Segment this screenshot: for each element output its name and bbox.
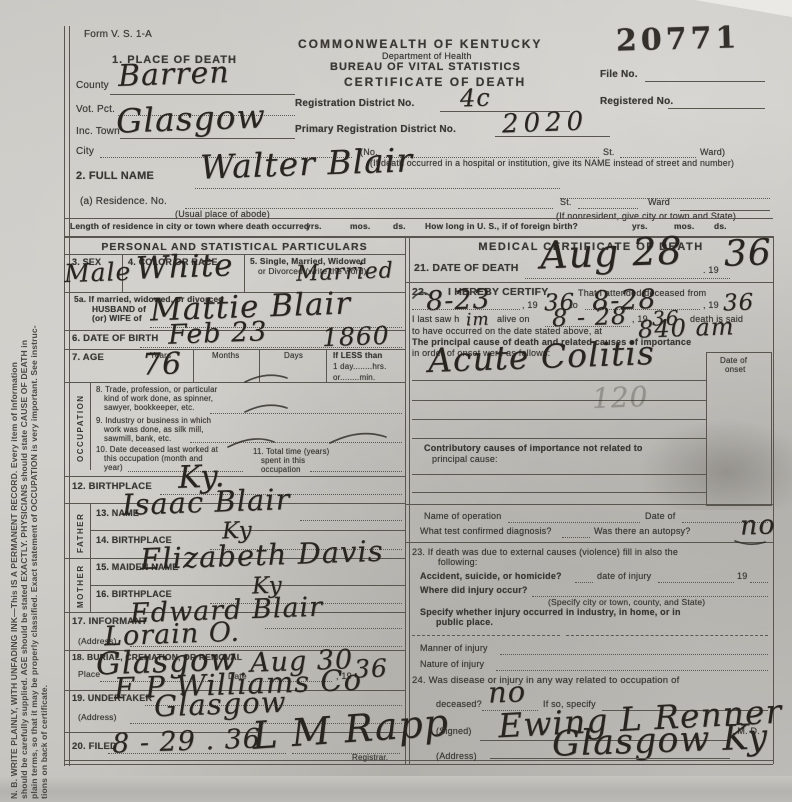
marital-value: Married: [296, 260, 395, 285]
inc-town-value: Glasgow: [115, 99, 266, 137]
occ8-label-3: sawyer, bookkeeper, etc.: [104, 404, 195, 412]
color-marital-divider: [244, 254, 245, 292]
cause-line-4: [412, 438, 706, 439]
date-of-onset-label-2: onset: [725, 366, 746, 374]
mother-side-label: MOTHER: [76, 564, 85, 608]
margin-note-line-2: should be carefully supplied. AGE should…: [19, 340, 29, 799]
injury-date-line: [658, 582, 734, 583]
margin-note-line-1: N. B. WRITE PLAINLY, WITH UNFADING INK—T…: [9, 362, 19, 799]
father-name-value: Isaac Blair: [122, 485, 291, 520]
age-value: 76: [141, 349, 182, 380]
specify-dashed-line-2: [566, 635, 768, 636]
full-name-line-1: [195, 188, 560, 189]
where-injury-label: Where did injury occur?: [420, 586, 528, 595]
dod-divider: [405, 282, 773, 283]
occ9-line: [190, 442, 402, 443]
item24-label: 24. Was disease or injury in any way rel…: [412, 676, 679, 686]
filed-label: 20. FILED: [72, 742, 117, 752]
city-ward-label: Ward): [700, 148, 725, 157]
color-value: White: [135, 250, 234, 284]
mother-maiden-value: Elizabeth Davis: [140, 537, 385, 574]
registered-no-label: Registered No.: [600, 97, 673, 108]
date-of-death-value: Aug 28: [539, 232, 683, 275]
test-line: [562, 537, 590, 538]
occupation-inner-divider: [90, 382, 91, 470]
age-months-header: Months: [212, 352, 239, 360]
age-col-divider-1: [193, 349, 194, 382]
occ8-label-2: kind of work done, as spinner,: [104, 395, 213, 403]
occupation-divider: [64, 476, 405, 477]
mother-maiden-divider: [90, 585, 405, 586]
accident-label: Accident, suicide, or homicide?: [420, 572, 562, 581]
date-of-death-year-value: 36: [723, 235, 772, 273]
occ11-label-1: 11. Total time (years): [253, 448, 329, 456]
length-ds: ds.: [393, 222, 406, 231]
registered-no-line: [668, 108, 765, 109]
sex-value: Male: [64, 259, 132, 286]
city-label: City: [76, 147, 94, 158]
autopsy-label: Was there an autopsy?: [594, 527, 690, 536]
signed-label: (Signed): [436, 727, 472, 736]
form-left-border-outer: [64, 26, 65, 766]
occ9-label-3: sawmill, bank, etc.: [104, 435, 172, 443]
operation-date-label: Date of: [645, 512, 675, 521]
inc-town-label: Inc. Town: [76, 127, 120, 138]
full-name-value: Walter Blair: [199, 143, 413, 183]
father-side-label: FATHER: [76, 513, 85, 553]
contributory-line-1: [412, 474, 706, 475]
occ8-line: [210, 413, 402, 414]
year1-printed: , 19: [522, 301, 538, 310]
how-long-us-label: How long in U. S., if of foreign birth?: [425, 222, 578, 231]
nature-line: [496, 670, 768, 671]
date-of-death-label: 21. DATE OF DEATH: [414, 263, 519, 274]
personal-title-divider: [64, 254, 405, 255]
manner-label: Manner of injury: [420, 644, 488, 653]
spouse-label-3: (or) WIFE of: [92, 314, 142, 323]
item24-value: no: [488, 677, 527, 707]
death-certificate-scan: N. B. WRITE PLAINLY, WITH UNFADING INK—T…: [0, 0, 792, 802]
age-col-divider-2: [259, 349, 260, 382]
dob-value: Feb 23: [168, 318, 268, 348]
file-no-label: File No.: [600, 70, 638, 81]
occ10-label-3: year): [104, 464, 123, 472]
operation-line: [508, 522, 640, 523]
physician-address-line: [490, 758, 730, 759]
personal-section-title: PERSONAL AND STATISTICAL PARTICULARS: [64, 242, 405, 253]
margin-note-line-3: plain terms, so that it may be properly …: [29, 325, 39, 799]
how-long-ds: ds.: [714, 222, 727, 231]
test-divider: [405, 542, 773, 543]
length-residence-label: Length of residence in city or town wher…: [70, 222, 309, 231]
injury-19-label: 19: [737, 572, 747, 581]
occ11-label-2: spent in this: [261, 457, 305, 465]
length-yrs: yrs.: [306, 222, 322, 231]
operation-label: Name of operation: [424, 512, 501, 521]
residence-st-line: [578, 208, 638, 209]
city-st-label: St.: [603, 148, 615, 157]
occ9-label-2: work was done, as silk mill,: [104, 426, 204, 434]
photo-corner-highlight: [695, 0, 792, 17]
accident-line: [575, 582, 593, 583]
occupation-side-label: OCCUPATION: [76, 394, 85, 462]
full-name-label: 2. FULL NAME: [76, 171, 154, 183]
age-label: 7. AGE: [72, 353, 104, 363]
photo-bottom-shade: [0, 776, 792, 802]
residence-st-label: St.: [560, 198, 572, 207]
contributory-label-1: Contributory causes of importance not re…: [424, 444, 643, 453]
residence-divider: [64, 218, 773, 219]
cause-of-death-value: Acute Colitis: [427, 336, 655, 377]
cause-faint-value: 120: [592, 383, 649, 413]
informant-line: [265, 628, 402, 629]
age-days-header: Days: [284, 352, 303, 360]
age-less-label-2: 1 day........hrs.: [333, 363, 387, 371]
last-saw-label-1: I last saw h: [412, 315, 459, 324]
year2-printed: , 19: [703, 301, 719, 310]
onset-bottom-divider: [405, 504, 773, 505]
age-divider: [64, 382, 405, 383]
injury-19-line: [750, 582, 768, 583]
registration-district-label: Registration District No.: [295, 99, 414, 110]
registration-district-value: 4c: [460, 85, 492, 110]
occ11-label-3: occupation: [261, 466, 301, 474]
autopsy-value: no: [740, 511, 777, 539]
hospital-note: (If death occurred in a hospital or inst…: [370, 159, 734, 168]
column-divider-2: [409, 236, 410, 764]
injury-date-label: date of injury: [597, 572, 651, 581]
undertaker-address-label: (Address): [78, 713, 117, 722]
column-divider-1: [405, 236, 406, 764]
age-col-divider-3: [326, 349, 327, 382]
specify-city-note: (Specify city or town, county, and State…: [548, 598, 705, 607]
specify-dashed-line-1: [412, 635, 560, 636]
header-certificate-title: CERTIFICATE OF DEATH: [344, 76, 526, 89]
margin-note-line-4: tions on back of certificate.: [39, 685, 49, 799]
form-bottom-border-2: [64, 764, 773, 765]
primary-registration-value: 2020: [502, 109, 589, 138]
specify-whether-label-2: public place.: [436, 618, 493, 627]
contributory-line-2: [412, 492, 706, 493]
dob-divider: [64, 349, 405, 350]
header-bureau: BUREAU OF VITAL STATISTICS: [330, 62, 521, 74]
cause-line-3: [412, 419, 706, 420]
father-name-line: [300, 520, 402, 521]
registrar-label: Registrar.: [352, 754, 388, 762]
primary-registration-label: Primary Registration District No.: [295, 125, 456, 136]
age-less-label-1: If LESS than: [333, 352, 383, 360]
file-no-line: [645, 81, 765, 82]
vot-pct-label: Vot. Pct.: [76, 105, 115, 116]
date-of-onset-box: [706, 352, 772, 506]
date-of-death-line: [525, 278, 730, 279]
occ9-label-1: 9. Industry or business in which: [96, 417, 211, 425]
residence-label: (a) Residence. No.: [80, 197, 167, 208]
length-mos: mos.: [350, 222, 370, 231]
cause-line-2: [412, 400, 706, 401]
cause-line-1: [412, 380, 706, 381]
residence-ward-label: Ward: [648, 198, 670, 207]
test-label: What test confirmed diagnosis?: [420, 527, 552, 536]
county-label: County: [76, 81, 109, 92]
certificate-number-stamp: 20771: [616, 20, 741, 58]
occ10-label-1: 10. Date deceased last worked at: [96, 446, 218, 454]
item24-deceased-label: deceased?: [436, 700, 482, 709]
registrar-signature: L M Rapp: [251, 703, 450, 755]
form-number: Form V. S. 1-A: [84, 30, 152, 41]
occ11-line: [310, 471, 402, 472]
form-left-border-inner: [69, 26, 70, 766]
manner-line: [500, 654, 768, 655]
occ8-label-1: 8. Trade, profession, or particular: [96, 386, 217, 394]
last-saw-label-2: alive on: [497, 315, 530, 324]
date-of-death-year-printed: . 19: [703, 266, 719, 275]
nature-label: Nature of injury: [420, 660, 484, 669]
county-line: [110, 94, 295, 95]
item23-label-2: following:: [438, 558, 478, 567]
county-value: Barren: [118, 58, 231, 92]
dob-label: 6. DATE OF BIRTH: [72, 334, 158, 344]
physician-address-value: Glasgow Ky: [551, 720, 768, 763]
header-commonwealth: COMMONWEALTH OF KENTUCKY: [298, 38, 542, 51]
physician-address-label: (Address): [436, 752, 477, 761]
contributory-label-2: principal cause:: [432, 455, 498, 464]
form-right-border: [773, 236, 774, 764]
